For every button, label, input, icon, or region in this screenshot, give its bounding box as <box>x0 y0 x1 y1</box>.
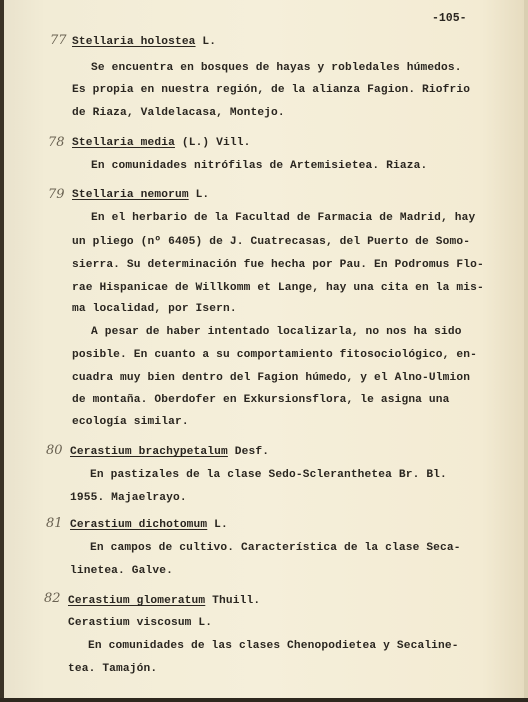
margin-number: 77 <box>50 33 67 48</box>
entry-text-line: En el herbario de la Facultad de Farmaci… <box>91 212 475 224</box>
entry-text-line: En comunidades de las clases Chenopodiet… <box>88 640 459 652</box>
species-author: (L.) Vill. <box>182 137 251 149</box>
entry-heading: Cerastium brachypetalum Desf. <box>70 446 269 458</box>
entry-text-line: posible. En cuanto a su comportamiento f… <box>72 349 477 361</box>
entry-text-line: sierra. Su determinación fue hecha por P… <box>72 259 484 271</box>
page-number: -105- <box>432 12 467 25</box>
entry-text-line: tea. Tamajón. <box>68 663 157 675</box>
entry-heading: Stellaria holostea L. <box>72 36 216 48</box>
species-name: Cerastium dichotomum <box>70 519 207 531</box>
entry-heading: Stellaria media (L.) Vill. <box>72 137 250 149</box>
entry-text-line: ecología similar. <box>72 416 189 428</box>
species-name: Cerastium glomeratum <box>68 595 205 607</box>
page-right-edge <box>524 0 528 702</box>
entry-text-line: de Riaza, Valdelacasa, Montejo. <box>72 107 285 119</box>
species-name: Stellaria holostea <box>72 36 196 48</box>
margin-number: 78 <box>48 135 65 150</box>
entry-text-line: ma localidad, por Isern. <box>72 303 237 315</box>
entry-text-line: Se encuentra en bosques de hayas y roble… <box>91 62 462 74</box>
species-author: L. <box>196 189 210 201</box>
entry-heading: Stellaria nemorum L. <box>72 189 209 201</box>
typewritten-page: -105- 77 Stellaria holostea L. Se encuen… <box>4 0 524 698</box>
entry-text-line: linetea. Galve. <box>70 565 173 577</box>
entry-text-line: En pastizales de la clase Sedo-Scleranth… <box>90 469 447 481</box>
entry-text-line: de montaña. Oberdofer en Exkursionsflora… <box>72 394 450 406</box>
margin-number: 81 <box>46 516 63 531</box>
species-name: Cerastium brachypetalum <box>70 446 228 458</box>
margin-number: 80 <box>46 443 63 458</box>
entry-text-line: 1955. Majaelrayo. <box>70 492 187 504</box>
entry-text-line: cuadra muy bien dentro del Fagion húmedo… <box>72 372 470 384</box>
species-author: L. <box>214 519 228 531</box>
species-author: Desf. <box>235 446 269 458</box>
margin-number: 79 <box>48 187 65 202</box>
entry-text-line: Cerastium viscosum L. <box>68 617 212 629</box>
entry-text-line: En comunidades nitrófilas de Artemisiete… <box>91 160 427 172</box>
species-author: L. <box>202 36 216 48</box>
entry-text-line: un pliego (nº 6405) de J. Cuatrecasas, d… <box>72 236 470 248</box>
species-name: Stellaria nemorum <box>72 189 189 201</box>
species-author: Thuill. <box>212 595 260 607</box>
entry-heading: Cerastium dichotomum L. <box>70 519 228 531</box>
entry-heading: Cerastium glomeratum Thuill. <box>68 595 260 607</box>
entry-text-line: Es propia en nuestra región, de la alian… <box>72 84 470 96</box>
page-bottom-edge <box>0 698 528 702</box>
entry-text-line: A pesar de haber intentado localizarla, … <box>91 326 462 338</box>
entry-text-line: rae Hispanicae de Willkomm et Lange, hay… <box>72 282 484 294</box>
entry-text-line: En campos de cultivo. Característica de … <box>90 542 461 554</box>
margin-number: 82 <box>44 591 61 606</box>
species-name: Stellaria media <box>72 137 175 149</box>
